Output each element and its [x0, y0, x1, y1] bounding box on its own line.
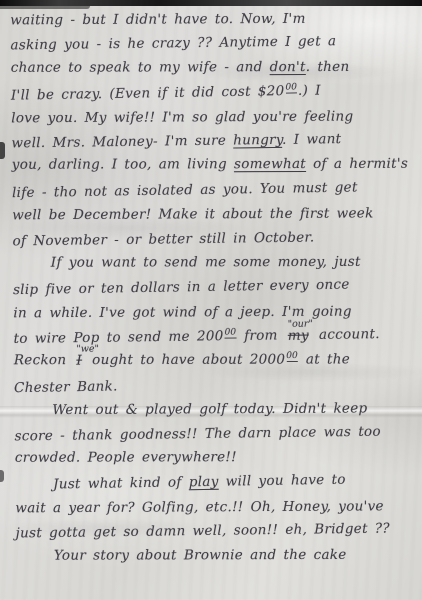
letter-line: I'll be crazy. (Even if it did cost $200…: [11, 81, 419, 112]
handwritten-text: Chester Bank.: [14, 378, 118, 396]
scan-edge-mark: [0, 470, 4, 482]
struck-out-word: my"our": [288, 327, 309, 343]
letter-line: just gotta get so damn well, soon!! eh, …: [15, 520, 422, 550]
handwritten-text: asking you - is he crazy ?? Anytime I ge…: [10, 34, 336, 54]
handwritten-text: wait a year for? Golfing, etc.!! Oh, Hon…: [15, 498, 384, 516]
handwritten-text: .) I: [298, 83, 321, 99]
superscript-cents: 00: [285, 83, 297, 94]
handwritten-text: crowded. People everywhere!!: [15, 449, 237, 466]
struck-out-word: I"we": [76, 353, 82, 369]
letter-line: of November - or better still in October…: [12, 228, 420, 258]
inserted-correction-word: "we": [76, 344, 99, 355]
handwritten-text: of a hermit's: [306, 156, 408, 172]
letter-line: asking you - is he crazy ?? Anytime I ge…: [10, 32, 418, 62]
underlined-word: play: [189, 474, 219, 490]
handwritten-text: love you. My wife!! I'm so glad you're f…: [11, 108, 353, 126]
inserted-correction-word: "our": [288, 318, 313, 329]
handwritten-text: of November - or better still in October…: [12, 229, 314, 249]
letter-line: slip five or ten dollars in a letter eve…: [13, 276, 421, 307]
letter-line: you, darling. I too, am living somewhat …: [12, 156, 420, 181]
underlined-word: somewhat: [234, 156, 306, 172]
superscript-cents: 00: [286, 351, 297, 362]
handwritten-text: Just what kind of: [53, 475, 189, 493]
underlined-word: hungry: [233, 132, 282, 149]
letter-line: Reckon I"we" ought to have about 200000 …: [14, 351, 422, 376]
letter-line: Your story about Brownie and the cake: [16, 546, 422, 571]
letter-line: If you want to send me some money, just: [13, 254, 421, 279]
superscript-cents: 00: [225, 328, 237, 339]
handwritten-text: ought to have about 2000: [85, 352, 285, 369]
handwritten-text: well. Mrs. Maloney- I'm sure: [11, 132, 233, 151]
letter-line: Just what kind of play will you have to: [15, 471, 422, 502]
handwritten-text: just gotta get so damn well, soon!! eh, …: [15, 521, 390, 542]
handwritten-text: life - tho not as isolated as you. You m…: [12, 179, 358, 201]
handwritten-text: If you want to send me some money, just: [51, 254, 361, 271]
handwritten-text: will you have to: [218, 472, 345, 490]
letter-line: well be December! Make it about the firs…: [12, 205, 420, 232]
letter-body: waiting - but I didn't have to. Now, I'm…: [0, 0, 422, 600]
handwritten-text: from: [237, 327, 285, 344]
handwritten-text: account.: [312, 326, 380, 343]
letter-line: crowded. People everywhere!!: [15, 449, 422, 474]
handwritten-text: waiting - but I didn't have to. Now, I'm: [10, 11, 306, 29]
handwritten-text: I'll be crazy. (Even if it did cost $20: [11, 83, 285, 104]
letter-line: chance to speak to my wife - and don't. …: [11, 59, 419, 84]
handwritten-text: you, darling. I too, am living: [12, 157, 234, 174]
handwritten-text: . I want: [282, 131, 342, 148]
handwritten-text: at the: [299, 352, 350, 368]
scanned-letter-page: waiting - but I didn't have to. Now, I'm…: [0, 0, 422, 600]
handwritten-text: Reckon: [14, 353, 74, 369]
handwritten-text: Your story about Brownie and the cake: [54, 546, 347, 563]
handwritten-text: well be December! Make it about the firs…: [12, 206, 373, 224]
handwritten-text: to wire Pop to send me 200: [13, 328, 223, 347]
handwritten-text: Went out & played golf today. Didn't kee…: [52, 401, 367, 419]
handwritten-text: chance to speak to my wife - and: [11, 59, 270, 76]
handwritten-text: slip five or ten dollars in a letter eve…: [13, 277, 350, 299]
underlined-word: don't: [270, 59, 306, 75]
handwritten-text: . then: [306, 59, 350, 75]
